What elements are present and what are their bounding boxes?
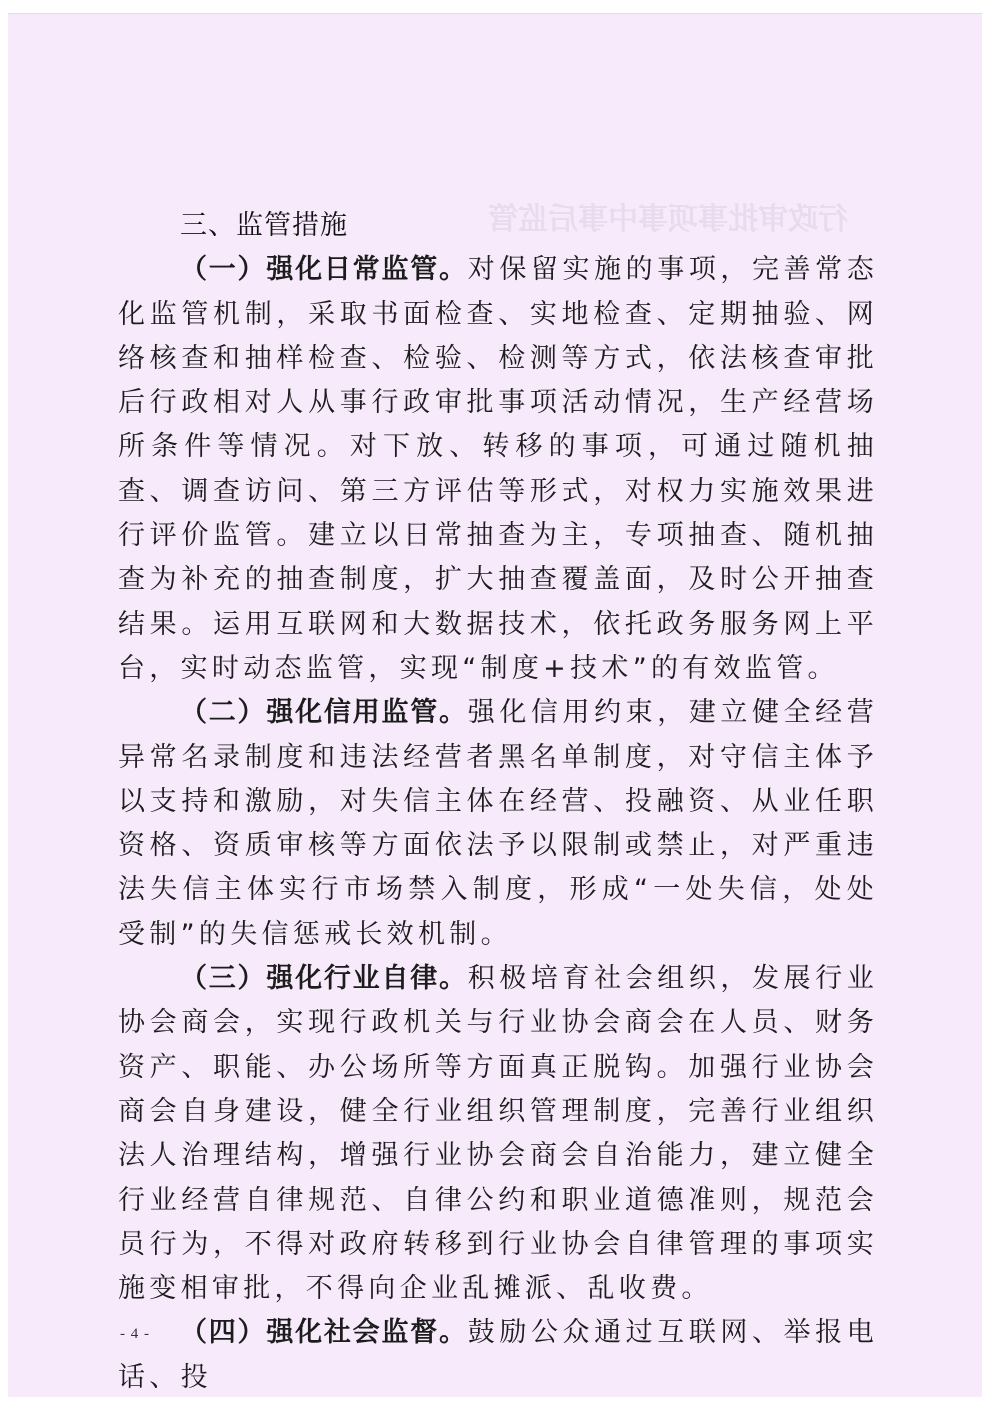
section-heading: 三、监管措施 xyxy=(118,204,878,248)
paragraph-body: 强化信用约束，建立健全经营异常名录制度和违法经营者黑名单制度，对守信主体予以支持… xyxy=(118,697,878,949)
paragraph-lead: （三）强化行业自律。 xyxy=(180,963,468,994)
document-page: 行政审批事项事中事后监管 三、监管措施 （一）强化日常监管。对保留实施的事项，完… xyxy=(8,13,982,1397)
paragraph-lead: （二）强化信用监管。 xyxy=(180,697,468,728)
paragraph-body: 积极培育社会组织，发展行业协会商会，实现行政机关与行业协会商会在人员、财务资产、… xyxy=(118,963,878,1304)
paragraph-lead: （四）强化社会监督。 xyxy=(180,1317,468,1348)
paragraph-credit-supervision: （二）强化信用监管。强化信用约束，建立健全经营异常名录制度和违法经营者黑名单制度… xyxy=(118,691,878,957)
paragraph-body: 对保留实施的事项，完善常态化监管机制，采取书面检查、实地检查、定期抽验、网络核查… xyxy=(118,254,878,684)
paragraph-daily-supervision: （一）强化日常监管。对保留实施的事项，完善常态化监管机制，采取书面检查、实地检查… xyxy=(118,248,878,691)
paragraph-industry-self-discipline: （三）强化行业自律。积极培育社会组织，发展行业协会商会，实现行政机关与行业协会商… xyxy=(118,957,878,1311)
paragraph-lead: （一）强化日常监管。 xyxy=(180,254,468,285)
page-number: - 4 - xyxy=(120,1326,150,1343)
paragraph-social-supervision: （四）强化社会监督。鼓励公众通过互联网、举报电话、投 xyxy=(118,1311,878,1397)
document-body: 三、监管措施 （一）强化日常监管。对保留实施的事项，完善常态化监管机制，采取书面… xyxy=(118,204,878,1397)
